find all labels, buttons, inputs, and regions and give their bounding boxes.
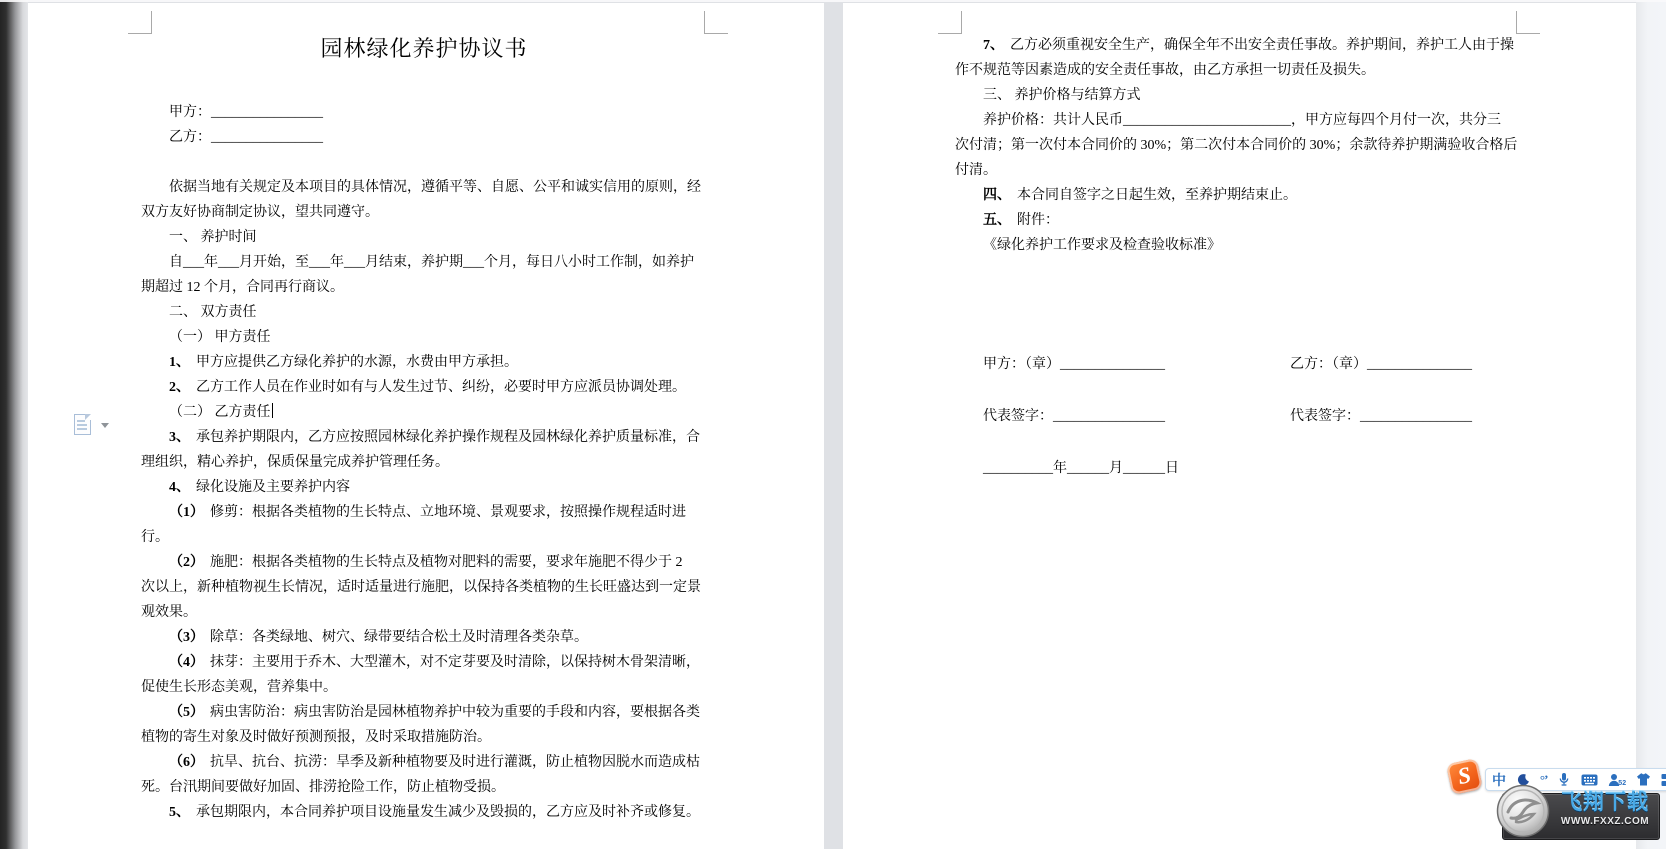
document-line: 理组织，精心养护，保质保量完成养护管理任务。 xyxy=(141,450,707,475)
line-text: 承包养护期限内，乙方应按照园林绿化养护操作规程及园林绿化养护质量标准，合 xyxy=(196,430,700,445)
document-line xyxy=(141,150,707,175)
site-watermark: 飞翔下载 WWW.FXXZ.COM xyxy=(1496,784,1662,842)
party-a-seal-line: 甲方：（章）_______________ xyxy=(983,352,1290,377)
line-text: 次以上，新种植物视生长情况，适时适量进行施肥，以保持各类植物的生长旺盛达到一定景 xyxy=(141,580,701,595)
document-line: 次付清；第一次付本合同价的 30%；第二次付本合同价的 30%；余款待养护期满验… xyxy=(955,133,1520,158)
line-text: 观效果。 xyxy=(141,605,197,620)
document-line: 5、承包期限内，本合同养护项目设施量发生减少及毁损的，乙方应及时补齐或修复。 xyxy=(141,800,707,825)
word-processor-canvas: 园林绿化养护协议书 甲方：________________ 乙方：_______… xyxy=(0,0,1666,849)
line-text: 甲方应提供乙方绿化养护的水源，水费由甲方承担。 xyxy=(196,355,518,370)
line-text: 死。台汛期间要做好加固、排涝抢险工作，防止植物受损。 xyxy=(141,780,505,795)
watermark-title: 飞翔下载 xyxy=(1554,792,1656,814)
document-line: 《绿化养护工作要求及检查验收标准》 xyxy=(955,233,1520,258)
party-b-seal-line: 乙方：（章）_______________ xyxy=(1290,357,1472,372)
line-text: 养护价格：共计人民币________________________，甲方应每四… xyxy=(983,113,1501,128)
list-number: （5） xyxy=(169,705,204,720)
line-text: 修剪：根据各类植物的生长特点、立地环境、景观要求，按照操作规程适时进行。 xyxy=(141,505,686,545)
date-row: __________年______月______日 xyxy=(983,456,1520,481)
line-text: （二） 乙方责任 xyxy=(169,405,271,420)
line-text: 附件： xyxy=(1017,213,1059,228)
page-1-text-area[interactable]: 园林绿化养护协议书 甲方：________________ 乙方：_______… xyxy=(141,33,707,825)
line-text: 植物的寄生对象及时做好预测预报，及时采取措施防治。 xyxy=(141,730,491,745)
line-text: 双方友好协商制定协议，望共同遵守。 xyxy=(141,205,379,220)
list-number: 1、 xyxy=(169,355,190,370)
line-text: 付清。 xyxy=(955,163,997,178)
line-text: （一） 甲方责任 xyxy=(169,330,271,345)
line-text: 《绿化养护工作要求及检查验收标准》 xyxy=(983,238,1221,253)
sogou-logo-icon[interactable]: S xyxy=(1446,758,1483,795)
list-number: 4、 xyxy=(169,480,190,495)
document-line: 养护价格：共计人民币________________________，甲方应每四… xyxy=(955,108,1520,133)
document-line: 植物的寄生对象及时做好预测预报，及时采取措施防治。 xyxy=(141,725,707,750)
party-b-rep-sign-line: 代表签字：________________ xyxy=(1290,409,1472,424)
line-text: 乙方必须重视安全生产，确保全年不出安全责任事故。养护期间，养护工人由于操 xyxy=(1010,38,1514,53)
paste-options-icon xyxy=(74,414,91,435)
date-line: __________年______月______日 xyxy=(983,461,1179,476)
page-1-body: 甲方：________________ 乙方：________________ … xyxy=(141,100,707,825)
canvas-right-gutter xyxy=(1636,0,1666,849)
document-line: 依据当地有关规定及本项目的具体情况，遵循平等、自愿、公平和诚实信用的原则，经 xyxy=(141,175,707,200)
document-line: 双方友好协商制定协议，望共同遵守。 xyxy=(141,200,707,225)
document-line: 7、乙方必须重视安全生产，确保全年不出安全责任事故。养护期间，养护工人由于操 xyxy=(955,33,1520,58)
list-number: 五、 xyxy=(983,213,1011,228)
document-line: （4）抹芽：主要用于乔木、大型灌木，对不定芽要及时清除，以保持树木骨架清晰， xyxy=(141,650,707,675)
window-left-edge xyxy=(0,0,28,849)
document-line: 一、 养护时间 xyxy=(141,225,707,250)
line-text: 一、 养护时间 xyxy=(169,230,257,245)
line-text: 乙方：________________ xyxy=(169,130,323,145)
line-text: 除草：各类绿地、树穴、绿带要结合松土及时清理各类杂草。 xyxy=(210,630,588,645)
line-text: 次付清；第一次付本合同价的 30%；第二次付本合同价的 30%；余款待养护期满验… xyxy=(955,138,1517,153)
chevron-down-icon xyxy=(101,423,109,428)
line-text: 期超过 12 个月，合同再行商议。 xyxy=(141,280,344,295)
list-number: （1） xyxy=(169,505,204,520)
representative-sign-row: 代表签字：________________代表签字：______________… xyxy=(983,404,1520,429)
text-boundary-mark xyxy=(938,11,962,34)
seal-row: 甲方：（章）_______________乙方：（章）_____________… xyxy=(983,352,1520,377)
line-text: 乙方工作人员在作业时如有与人发生过节、纠纷，必要时甲方应派员协调处理。 xyxy=(196,380,686,395)
text-boundary-mark xyxy=(704,11,728,34)
list-number: 7、 xyxy=(983,38,1004,53)
party-a-rep-sign-line: 代表签字：________________ xyxy=(983,404,1290,429)
list-number: （3） xyxy=(169,630,204,645)
document-line: 甲方：________________ xyxy=(141,100,707,125)
list-number: 5、 xyxy=(169,805,190,820)
document-line: 三、 养护价格与结算方式 xyxy=(955,83,1520,108)
document-line: 观效果。 xyxy=(141,600,707,625)
document-line: 次以上，新种植物视生长情况，适时适量进行施肥，以保持各类植物的生长旺盛达到一定景 xyxy=(141,575,707,600)
document-line: 3、承包养护期限内，乙方应按照园林绿化养护操作规程及园林绿化养护质量标准，合 xyxy=(141,425,707,450)
document-line: 五、附件： xyxy=(955,208,1520,233)
list-number: （6） xyxy=(169,755,204,770)
line-text: 依据当地有关规定及本项目的具体情况，遵循平等、自愿、公平和诚实信用的原则，经 xyxy=(169,180,701,195)
page-2-body: 7、乙方必须重视安全生产，确保全年不出安全责任事故。养护期间，养护工人由于操 作… xyxy=(955,33,1520,258)
document-line: 4、绿化设施及主要养护内容 xyxy=(141,475,707,500)
line-text: 抗旱、抗台、抗涝：旱季及新种植物要及时进行灌溉，防止植物因脱水而造成枯 xyxy=(210,755,700,770)
document-line: 作不规范等因素造成的安全责任事故，由乙方承担一切责任及损失。 xyxy=(955,58,1520,83)
document-title: 园林绿化养护协议书 xyxy=(141,33,707,65)
paste-options-button[interactable] xyxy=(74,414,114,436)
document-line: （3）除草：各类绿地、树穴、绿带要结合松土及时清理各类杂草。 xyxy=(141,625,707,650)
watermark-url: WWW.FXXZ.COM xyxy=(1554,816,1656,827)
document-line: （5）病虫害防治：病虫害防治是园林植物养护中较为重要的手段和内容，要根据各类 xyxy=(141,700,707,725)
line-text: 二、 双方责任 xyxy=(169,305,257,320)
line-text: 促使生长形态美观，营养集中。 xyxy=(141,680,337,695)
text-cursor xyxy=(272,403,273,418)
text-boundary-mark xyxy=(1516,11,1540,34)
line-text: 抹芽：主要用于乔木、大型灌木，对不定芽要及时清除，以保持树木骨架清晰， xyxy=(210,655,700,670)
document-line: （一） 甲方责任 xyxy=(141,325,707,350)
line-text: 本合同自签字之日起生效，至养护期结束止。 xyxy=(1017,188,1297,203)
document-line: 自___年___月开始，至___年___月结束，养护期___个月，每日八小时工作… xyxy=(141,250,707,275)
line-text: 绿化设施及主要养护内容 xyxy=(196,480,350,495)
document-line: 死。台汛期间要做好加固、排涝抢险工作，防止植物受损。 xyxy=(141,775,707,800)
bird-logo-icon xyxy=(1496,784,1550,838)
page-2-text-area[interactable]: 7、乙方必须重视安全生产，确保全年不出安全责任事故。养护期间，养护工人由于操 作… xyxy=(955,33,1520,508)
document-line: 2、乙方工作人员在作业时如有与人发生过节、纠纷，必要时甲方应派员协调处理。 xyxy=(141,375,707,400)
page-1[interactable]: 园林绿化养护协议书 甲方：________________ 乙方：_______… xyxy=(27,3,824,849)
list-number: 四、 xyxy=(983,188,1011,203)
document-line: 促使生长形态美观，营养集中。 xyxy=(141,675,707,700)
document-line: （6）抗旱、抗台、抗涝：旱季及新种植物要及时进行灌溉，防止植物因脱水而造成枯 xyxy=(141,750,707,775)
list-number: 3、 xyxy=(169,430,190,445)
document-line: 乙方：________________ xyxy=(141,125,707,150)
top-edge-highlight xyxy=(0,0,1666,2)
line-text: 自___年___月开始，至___年___月结束，养护期___个月，每日八小时工作… xyxy=(169,255,694,270)
list-number: 2、 xyxy=(169,380,190,395)
document-line: 四、本合同自签字之日起生效，至养护期结束止。 xyxy=(955,183,1520,208)
document-line: （二） 乙方责任 xyxy=(141,400,707,425)
document-line: 期超过 12 个月，合同再行商议。 xyxy=(141,275,707,300)
line-text: 三、 养护价格与结算方式 xyxy=(983,88,1141,103)
line-text: 施肥：根据各类植物的生长特点及植物对肥料的需要，要求年施肥不得少于 2 xyxy=(210,555,683,570)
line-text: 承包期限内，本合同养护项目设施量发生减少及毁损的，乙方应及时补齐或修复。 xyxy=(196,805,700,820)
document-line: 二、 双方责任 xyxy=(141,300,707,325)
text-boundary-mark xyxy=(128,11,152,34)
line-text: 理组织，精心养护，保质保量完成养护管理任务。 xyxy=(141,455,449,470)
document-line: （1）修剪：根据各类植物的生长特点、立地环境、景观要求，按照操作规程适时进行。 xyxy=(141,500,707,550)
list-number: （2） xyxy=(169,555,204,570)
document-line: （2）施肥：根据各类植物的生长特点及植物对肥料的需要，要求年施肥不得少于 2 xyxy=(141,550,707,575)
list-number: （4） xyxy=(169,655,204,670)
signature-block: 甲方：（章）_______________乙方：（章）_____________… xyxy=(955,352,1520,481)
page-2[interactable]: 7、乙方必须重视安全生产，确保全年不出安全责任事故。养护期间，养护工人由于操 作… xyxy=(843,3,1636,849)
document-line: 付清。 xyxy=(955,158,1520,183)
document-line: 1、甲方应提供乙方绿化养护的水源，水费由甲方承担。 xyxy=(141,350,707,375)
line-text: 作不规范等因素造成的安全责任事故，由乙方承担一切责任及损失。 xyxy=(955,63,1375,78)
line-text: 甲方：________________ xyxy=(169,105,323,120)
line-text: 病虫害防治：病虫害防治是园林植物养护中较为重要的手段和内容，要根据各类 xyxy=(210,705,700,720)
